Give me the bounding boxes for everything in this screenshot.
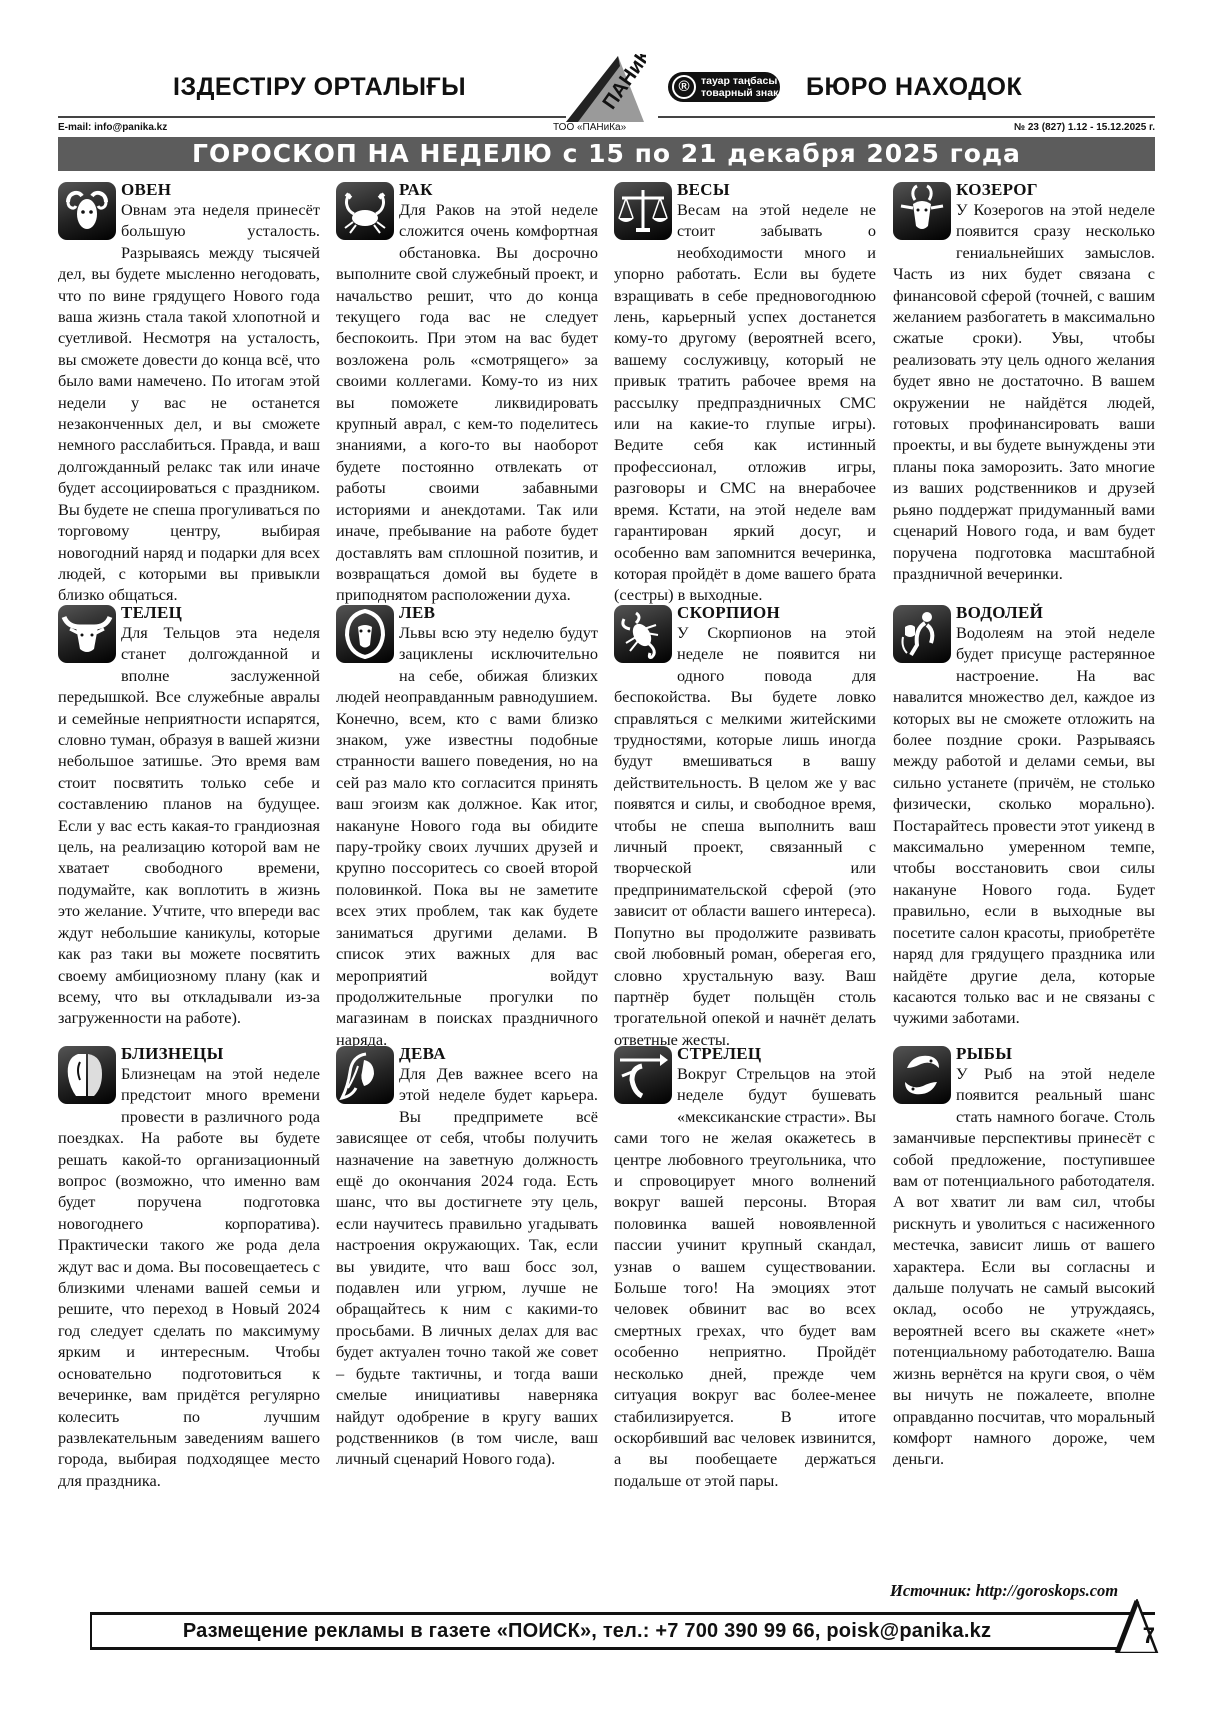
sagittarius-archer-icon bbox=[614, 1046, 672, 1104]
footer-ad-bar: Размещение рекламы в газете «ПОИСК», тел… bbox=[90, 1612, 1155, 1650]
sign-text: Овнам эта неделя принесёт большую устало… bbox=[58, 200, 320, 604]
trademark-badge: ® тауар таңбасы товарный знак bbox=[668, 72, 780, 102]
source-link[interactable]: Источник: http://goroskops.com bbox=[890, 1581, 1118, 1601]
sign-text: Водолеям на этой неделе будет присуще ра… bbox=[893, 623, 1155, 1027]
registered-icon: ® bbox=[672, 75, 696, 99]
sign-text: Близнецам на этой неделе предстоит много… bbox=[58, 1064, 320, 1490]
taurus-bull-icon bbox=[58, 605, 116, 663]
scorpio-scorpion-icon bbox=[614, 605, 672, 663]
panika-logo-icon: ПАНиКа bbox=[558, 54, 646, 124]
sign-virgo: ДЕВА Для Дев важнее всего на этой неделе… bbox=[336, 1044, 598, 1470]
aries-ram-icon bbox=[58, 182, 116, 240]
issue-number: № 23 (827) 1.12 - 15.12.2025 г. bbox=[1014, 122, 1155, 133]
sign-text: Весам на этой неделе не стоит забывать о… bbox=[614, 200, 876, 604]
sign-text: У Скорпионов на этой неделе не появится … bbox=[614, 623, 876, 1049]
masthead: ІЗДЕСТІРУ ОРТАЛЫҒЫ ПАНиКа ® тауар таңбас… bbox=[58, 60, 1155, 130]
company-name: ТОО «ПАНиКа» bbox=[553, 122, 626, 133]
page-title-banner: ГОРОСКОП НА НЕДЕЛЮ с 15 по 21 декабря 20… bbox=[58, 137, 1155, 171]
sign-aries: ОВЕН Овнам эта неделя принесёт большую у… bbox=[58, 180, 320, 606]
trademark-line-kz: тауар таңбасы bbox=[701, 75, 780, 87]
advertising-contact: Размещение рекламы в газете «ПОИСК», тел… bbox=[92, 1615, 1082, 1647]
cancer-crab-icon bbox=[336, 182, 394, 240]
trademark-line-ru: товарный знак bbox=[701, 87, 780, 99]
masthead-right-title: БЮРО НАХОДОК bbox=[806, 73, 1022, 102]
sign-gemini: БЛИЗНЕЦЫ Близнецам на этой неделе предст… bbox=[58, 1044, 320, 1491]
sign-sagittarius: СТРЕЛЕЦ Вокруг Стрельцов на этой неделе … bbox=[614, 1044, 876, 1491]
capricorn-goat-icon bbox=[893, 182, 951, 240]
sign-taurus: ТЕЛЕЦ Для Тельцов эта неделя станет долг… bbox=[58, 603, 320, 1029]
sign-text: У Козерогов на этой неделе появится сраз… bbox=[893, 200, 1155, 583]
sign-text: У Рыб на этой неделе появится реальный ш… bbox=[893, 1064, 1155, 1468]
contact-email[interactable]: E-mail: info@panika.kz bbox=[58, 122, 167, 133]
virgo-maiden-icon bbox=[336, 1046, 394, 1104]
libra-scales-icon bbox=[614, 182, 672, 240]
sign-text: Вокруг Стрельцов на этой неделе будут бу… bbox=[614, 1064, 876, 1490]
sign-text: Для Дев важнее всего на этой неделе буде… bbox=[336, 1064, 598, 1468]
leo-lion-icon bbox=[336, 605, 394, 663]
sign-pisces: РЫБЫ У Рыб на этой неделе появится реаль… bbox=[893, 1044, 1155, 1470]
sign-libra: ВЕСЫ Весам на этой неделе не стоит забыв… bbox=[614, 180, 876, 606]
masthead-rule-right bbox=[658, 116, 1155, 118]
masthead-subline: E-mail: info@panika.kz ТОО «ПАНиКа» № 23… bbox=[58, 122, 1155, 136]
aquarius-water-bearer-icon bbox=[893, 605, 951, 663]
sign-cancer: РАК Для Раков на этой неделе сложится оч… bbox=[336, 180, 598, 606]
sign-capricorn: КОЗЕРОГ У Козерогов на этой неделе появи… bbox=[893, 180, 1155, 584]
sign-text: Львы всю эту неделю будут зациклены искл… bbox=[336, 623, 598, 1049]
page-number-triangle-icon: 7 bbox=[1113, 1599, 1159, 1653]
pisces-fish-icon bbox=[893, 1046, 951, 1104]
sign-scorpio: СКОРПИОН У Скорпионов на этой неделе не … bbox=[614, 603, 876, 1050]
masthead-rule-left bbox=[58, 116, 566, 118]
sign-text: Для Раков на этой неделе сложится очень … bbox=[336, 200, 598, 604]
sign-text: Для Тельцов эта неделя станет долгожданн… bbox=[58, 623, 320, 1027]
sign-aquarius: ВОДОЛЕЙ Водолеям на этой неделе будет пр… bbox=[893, 603, 1155, 1029]
page-number: 7 bbox=[1143, 1623, 1155, 1649]
masthead-left-title: ІЗДЕСТІРУ ОРТАЛЫҒЫ bbox=[173, 73, 466, 102]
sign-leo: ЛЕВ Львы всю эту неделю будут зациклены … bbox=[336, 603, 598, 1050]
gemini-twins-icon bbox=[58, 1046, 116, 1104]
